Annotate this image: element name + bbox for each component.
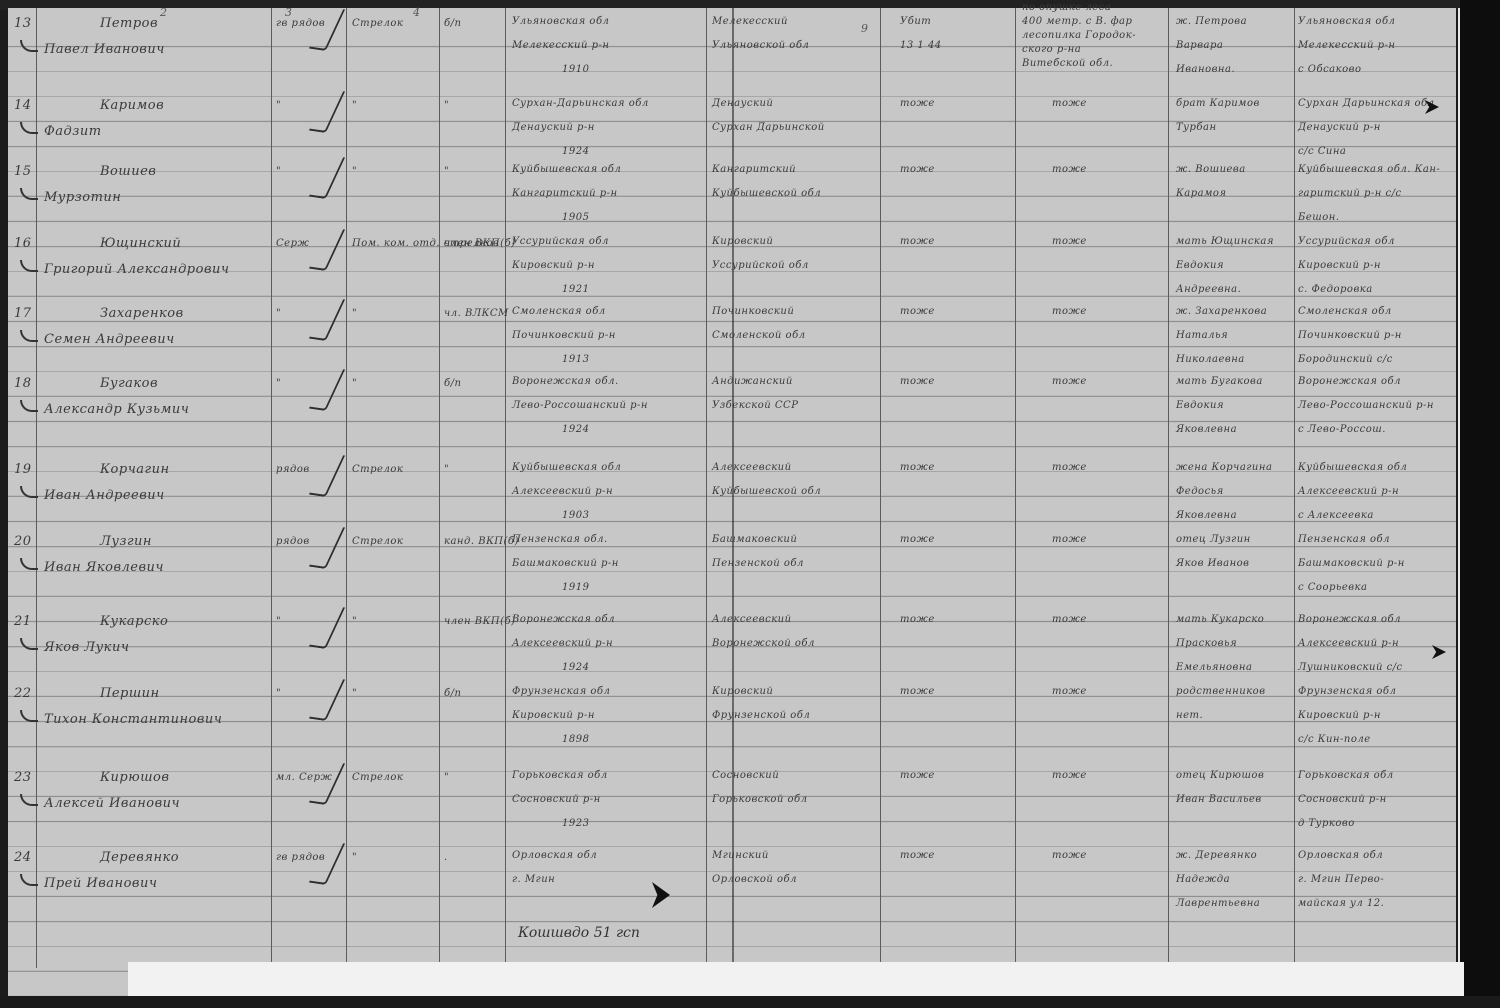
rank: " bbox=[276, 100, 281, 111]
given-name: Мурзотин bbox=[44, 190, 121, 205]
relative-address-line: Воронежская обл bbox=[1298, 376, 1401, 387]
relative-line: брат Каримов bbox=[1176, 98, 1260, 109]
given-name: Александр Кузьмич bbox=[44, 402, 189, 417]
row-number: 13 bbox=[14, 16, 32, 31]
birthplace-line: 1924 bbox=[562, 424, 589, 435]
rank: " bbox=[276, 378, 281, 389]
surname: Кирюшов bbox=[100, 770, 169, 785]
burial-place-line: Витебской обл. bbox=[1022, 58, 1113, 69]
party-status: член ВКП(б) bbox=[444, 616, 516, 627]
birthplace-line: Денауский р-н bbox=[512, 122, 595, 133]
burial-place-line: тоже bbox=[1052, 462, 1087, 473]
relative-line: Емельяновна bbox=[1176, 662, 1252, 673]
birthplace-line: 1923 bbox=[562, 818, 589, 829]
relative-address-line: Лево-Россошанский р-н bbox=[1298, 400, 1434, 411]
rank: " bbox=[276, 688, 281, 699]
relative-address-line: Бородинский с/с bbox=[1298, 354, 1393, 365]
paper-tape bbox=[128, 962, 1464, 1000]
rank: " bbox=[276, 616, 281, 627]
relative-address-line: Кировский р-н bbox=[1298, 260, 1381, 271]
surname: Петров bbox=[100, 16, 158, 31]
birthplace-line: Лево-Россошанский р-н bbox=[512, 400, 648, 411]
relative-address-line: с Соорьевка bbox=[1298, 582, 1368, 593]
relative-address-line: Куйбышевская обл bbox=[1298, 462, 1407, 473]
footer-note: Кошшвдо 51 гсп bbox=[518, 925, 640, 941]
birthplace-line: 1921 bbox=[562, 284, 589, 295]
burial-place-line: тоже bbox=[1052, 164, 1087, 175]
conscription-office-line: Кировский bbox=[712, 236, 773, 247]
row-number: 15 bbox=[14, 164, 32, 179]
row-number: 23 bbox=[14, 770, 32, 785]
relative-line: Николаевна bbox=[1176, 354, 1245, 365]
conscription-office-line: Алексеевский bbox=[712, 614, 792, 625]
party-status: " bbox=[444, 464, 449, 475]
birthplace-line: Воронежская обл bbox=[512, 614, 615, 625]
row-number: 18 bbox=[14, 376, 32, 391]
surname: Каримов bbox=[100, 98, 164, 113]
birthplace-line: 1903 bbox=[562, 510, 589, 521]
party-status: б/п bbox=[444, 378, 461, 389]
column-rule bbox=[1294, 8, 1295, 968]
relative-address-line: Куйбышевская обл. Кан- bbox=[1298, 164, 1440, 175]
relative-address-line: Смоленская обл bbox=[1298, 306, 1392, 317]
given-name: Алексей Иванович bbox=[44, 796, 180, 811]
birthplace-line: Кангаритский р-н bbox=[512, 188, 618, 199]
relative-line: Надежда bbox=[1176, 874, 1230, 885]
conscription-office-line: Орловской обл bbox=[712, 874, 797, 885]
position: " bbox=[352, 616, 357, 627]
column-rule bbox=[439, 8, 440, 968]
burial-place-line: тоже bbox=[1052, 770, 1087, 781]
relative-address-line: Алексеевский р-н bbox=[1298, 638, 1399, 649]
relative-address-line: с. Федоровка bbox=[1298, 284, 1373, 295]
given-name: Яков Лукич bbox=[44, 640, 129, 655]
relative-line: отец Лузгин bbox=[1176, 534, 1251, 545]
relative-address-line: Орловская обл bbox=[1298, 850, 1383, 861]
relative-address-line: с Обсаково bbox=[1298, 64, 1361, 75]
given-name: Иван Андреевич bbox=[44, 488, 165, 503]
column-rule bbox=[1168, 8, 1169, 968]
conscription-office-line: Узбекской ССР bbox=[712, 400, 798, 411]
relative-address-line: Сосновский р-н bbox=[1298, 794, 1387, 805]
column-rule bbox=[271, 8, 272, 968]
given-name: Тихон Константинович bbox=[44, 712, 222, 727]
relative-line: отец Кирюшов bbox=[1176, 770, 1264, 781]
relative-address-line: Ульяновская обл bbox=[1298, 16, 1395, 27]
conscription-office-line: Кангаритский bbox=[712, 164, 796, 175]
birthplace-line: Куйбышевская обл bbox=[512, 164, 621, 175]
position: Стрелок bbox=[352, 536, 403, 547]
conscription-office-line: Мгинский bbox=[712, 850, 769, 861]
conscription-office-line: Денауский bbox=[712, 98, 773, 109]
fate-line: тоже bbox=[900, 98, 935, 109]
relative-line: Ивановна. bbox=[1176, 64, 1235, 75]
birthplace-line: Кировский р-н bbox=[512, 260, 595, 271]
party-status: " bbox=[444, 100, 449, 111]
fate-line: 13 1 44 bbox=[900, 40, 942, 51]
row-number: 21 bbox=[14, 614, 32, 629]
fate-line: Убит bbox=[900, 16, 931, 27]
conscription-office-line: Алексеевский bbox=[712, 462, 792, 473]
relative-line: ж. Петрова bbox=[1176, 16, 1247, 27]
birthplace-line: 1898 bbox=[562, 734, 589, 745]
birthplace-line: 1924 bbox=[562, 146, 589, 157]
party-status: канд. ВКП(б) bbox=[444, 536, 519, 547]
burial-place-line: тоже bbox=[1052, 376, 1087, 387]
birthplace-line: 1905 bbox=[562, 212, 589, 223]
birthplace-line: Алексеевский р-н bbox=[512, 486, 613, 497]
fate-line: тоже bbox=[900, 534, 935, 545]
party-status: чл. ВЛКСМ bbox=[444, 308, 509, 319]
burial-place-line: тоже bbox=[1052, 850, 1087, 861]
party-status: член ВКП(б) bbox=[444, 238, 516, 249]
burial-place-line: тоже bbox=[1052, 236, 1087, 247]
rank: рядов bbox=[276, 464, 310, 475]
column-number: 9 bbox=[861, 22, 868, 35]
fate-line: тоже bbox=[900, 614, 935, 625]
relative-line: родственников bbox=[1176, 686, 1266, 697]
position: " bbox=[352, 100, 357, 111]
given-name: Прей Иванович bbox=[44, 876, 157, 891]
position: " bbox=[352, 308, 357, 319]
relative-address-line: д Турково bbox=[1298, 818, 1355, 829]
relative-line: мать Ющинская bbox=[1176, 236, 1274, 247]
relative-line: ж. Деревянко bbox=[1176, 850, 1257, 861]
conscription-office-line: Ульяновской обл bbox=[712, 40, 809, 51]
birthplace-line: Алексеевский р-н bbox=[512, 638, 613, 649]
conscription-office-line: Горьковской обл bbox=[712, 794, 808, 805]
burial-place-line: тоже bbox=[1052, 534, 1087, 545]
birthplace-line: 1924 bbox=[562, 662, 589, 673]
relative-line: Андреевна. bbox=[1176, 284, 1241, 295]
party-status: б/п bbox=[444, 688, 461, 699]
party-status: . bbox=[444, 852, 448, 863]
column-number: 2 bbox=[160, 6, 167, 19]
column-rule bbox=[1015, 8, 1016, 968]
relative-address-line: с Алексеевка bbox=[1298, 510, 1374, 521]
birthplace-line: Куйбышевская обл bbox=[512, 462, 621, 473]
scan-bottom-edge bbox=[0, 996, 1500, 1008]
birthplace-line: Ульяновская обл bbox=[512, 16, 609, 27]
birthplace-line: Пензенская обл. bbox=[512, 534, 608, 545]
relative-line: Иван Васильев bbox=[1176, 794, 1262, 805]
birthplace-line: Починковский р-н bbox=[512, 330, 616, 341]
relative-address-line: с/с Кин-поле bbox=[1298, 734, 1371, 745]
fate-line: тоже bbox=[900, 462, 935, 473]
relative-address-line: с/с Сина bbox=[1298, 146, 1346, 157]
birthplace-line: Воронежская обл. bbox=[512, 376, 619, 387]
conscription-office-line: Фрунзенской обл bbox=[712, 710, 810, 721]
rank: Серж bbox=[276, 238, 309, 249]
column-number: 4 bbox=[413, 6, 420, 19]
conscription-office-line: Мелекесский bbox=[712, 16, 788, 27]
surname: Бугаков bbox=[100, 376, 158, 391]
column-rule bbox=[505, 8, 506, 968]
column-rule bbox=[706, 8, 707, 968]
given-name: Фадзит bbox=[44, 124, 102, 139]
position: " bbox=[352, 852, 357, 863]
birthplace-line: Кировский р-н bbox=[512, 710, 595, 721]
birthplace-line: 1910 bbox=[562, 64, 589, 75]
conscription-office-line: Смоленской обл bbox=[712, 330, 806, 341]
fate-line: тоже bbox=[900, 376, 935, 387]
birthplace-line: Фрунзенская обл bbox=[512, 686, 610, 697]
fate-line: тоже bbox=[900, 236, 935, 247]
relative-address-line: Сурхан Дарьинская обл bbox=[1298, 98, 1435, 109]
relative-line: Федосья bbox=[1176, 486, 1224, 497]
relative-address-line: Кировский р-н bbox=[1298, 710, 1381, 721]
row-number: 16 bbox=[14, 236, 32, 251]
relative-line: Карамоя bbox=[1176, 188, 1227, 199]
relative-address-line: Денауский р-н bbox=[1298, 122, 1381, 133]
relative-address-line: г. Мгин Перво- bbox=[1298, 874, 1384, 885]
position: " bbox=[352, 688, 357, 699]
fate-line: тоже bbox=[900, 306, 935, 317]
row-number: 17 bbox=[14, 306, 32, 321]
relative-address-line: Фрунзенская обл bbox=[1298, 686, 1396, 697]
surname: Кукарско bbox=[100, 614, 168, 629]
relative-line: нет. bbox=[1176, 710, 1203, 721]
birthplace-line: Сосновский р-н bbox=[512, 794, 601, 805]
column-rule bbox=[880, 8, 881, 968]
surname: Ющинский bbox=[100, 236, 181, 251]
relative-line: мать Кукарско bbox=[1176, 614, 1264, 625]
fate-line: тоже bbox=[900, 850, 935, 861]
given-name: Семен Андреевич bbox=[44, 332, 175, 347]
position: " bbox=[352, 166, 357, 177]
surname: Захаренков bbox=[100, 306, 184, 321]
position: Стрелок bbox=[352, 464, 403, 475]
relative-line: Евдокия bbox=[1176, 400, 1224, 411]
fate-line: тоже bbox=[900, 164, 935, 175]
birthplace-line: г. Мгин bbox=[512, 874, 555, 885]
relative-address-line: гаритский р-н с/с bbox=[1298, 188, 1402, 199]
relative-address-line: Горьковская обл bbox=[1298, 770, 1394, 781]
relative-address-line: Башмаковский р-н bbox=[1298, 558, 1405, 569]
position: Стрелок bbox=[352, 18, 403, 29]
conscription-office-line: Пензенской обл bbox=[712, 558, 804, 569]
rank: рядов bbox=[276, 536, 310, 547]
conscription-office-line: Башмаковский bbox=[712, 534, 797, 545]
birthplace-line: Мелекесский р-н bbox=[512, 40, 609, 51]
rank: " bbox=[276, 308, 281, 319]
relative-address-line: с Лево-Россош. bbox=[1298, 424, 1386, 435]
relative-address-line: Пензенская обл bbox=[1298, 534, 1390, 545]
given-name: Павел Иванович bbox=[44, 42, 165, 57]
burial-place-line: ского р-на bbox=[1022, 44, 1081, 55]
party-status: " bbox=[444, 166, 449, 177]
burial-place-line: 400 метр. с В. фар bbox=[1022, 16, 1132, 27]
relative-address-line: Воронежская обл bbox=[1298, 614, 1401, 625]
position: Стрелок bbox=[352, 772, 403, 783]
row-number: 14 bbox=[14, 98, 32, 113]
fate-line: тоже bbox=[900, 770, 935, 781]
relative-line: Яковлевна bbox=[1176, 510, 1237, 521]
relative-line: Прасковья bbox=[1176, 638, 1237, 649]
row-number: 24 bbox=[14, 850, 32, 865]
row-number: 22 bbox=[14, 686, 32, 701]
burial-place-line: тоже bbox=[1052, 614, 1087, 625]
surname: Деревянко bbox=[100, 850, 179, 865]
surname: Лузгин bbox=[100, 534, 152, 549]
birthplace-line: Смоленская обл bbox=[512, 306, 606, 317]
row-number: 19 bbox=[14, 462, 32, 477]
given-name: Иван Яковлевич bbox=[44, 560, 164, 575]
relative-address-line: Уссурийская обл bbox=[1298, 236, 1395, 247]
burial-place-line: тоже bbox=[1052, 686, 1087, 697]
conscription-office-line: Сурхан Дарьинской bbox=[712, 122, 825, 133]
conscription-office-line: Андижанский bbox=[712, 376, 793, 387]
relative-line: Наталья bbox=[1176, 330, 1228, 341]
birthplace-line: Сурхан-Дарьинская обл bbox=[512, 98, 649, 109]
birthplace-line: Башмаковский р-н bbox=[512, 558, 619, 569]
burial-place-line: по опушке леса bbox=[1022, 2, 1111, 13]
conscription-office-line: Кировский bbox=[712, 686, 773, 697]
conscription-office-line: Куйбышевской обл bbox=[712, 188, 821, 199]
conscription-office-line: Куйбышевской обл bbox=[712, 486, 821, 497]
conscription-office-line: Уссурийской обл bbox=[712, 260, 809, 271]
relative-line: ж. Захаренкова bbox=[1176, 306, 1267, 317]
position: " bbox=[352, 378, 357, 389]
relative-address-line: Починковский р-н bbox=[1298, 330, 1402, 341]
party-status: " bbox=[444, 772, 449, 783]
birthplace-line: 1919 bbox=[562, 582, 589, 593]
conscription-office-line: Сосновский bbox=[712, 770, 779, 781]
relative-line: Яковлевна bbox=[1176, 424, 1237, 435]
row-number: 20 bbox=[14, 534, 32, 549]
relative-address-line: Мелекесский р-н bbox=[1298, 40, 1395, 51]
relative-line: ж. Вошиева bbox=[1176, 164, 1246, 175]
birthplace-line: Уссурийская обл bbox=[512, 236, 609, 247]
surname: Першин bbox=[100, 686, 160, 701]
surname: Вошиев bbox=[100, 164, 156, 179]
relative-address-line: Лушниковский с/с bbox=[1298, 662, 1403, 673]
burial-place-line: тоже bbox=[1052, 306, 1087, 317]
relative-address-line: Алексеевский р-н bbox=[1298, 486, 1399, 497]
given-name: Григорий Александрович bbox=[44, 262, 229, 277]
relative-line: Евдокия bbox=[1176, 260, 1224, 271]
surname: Корчагин bbox=[100, 462, 170, 477]
conscription-office-line: Воронежской обл bbox=[712, 638, 815, 649]
birthplace-line: Горьковская обл bbox=[512, 770, 608, 781]
birthplace-line: Орловская обл bbox=[512, 850, 597, 861]
fate-line: тоже bbox=[900, 686, 935, 697]
relative-line: Турбан bbox=[1176, 122, 1217, 133]
relative-line: Лаврентьевна bbox=[1176, 898, 1260, 909]
conscription-office-line: Починковский bbox=[712, 306, 794, 317]
scan-background bbox=[1460, 0, 1500, 1008]
relative-address-line: Бешон. bbox=[1298, 212, 1340, 223]
burial-place-line: тоже bbox=[1052, 98, 1087, 109]
relative-line: Яков Иванов bbox=[1176, 558, 1250, 569]
burial-place-line: лесопилка Городок- bbox=[1022, 30, 1136, 41]
relative-line: мать Бугакова bbox=[1176, 376, 1263, 387]
relative-line: жена Корчагина bbox=[1176, 462, 1272, 473]
party-status: б/п bbox=[444, 18, 461, 29]
birthplace-line: 1913 bbox=[562, 354, 589, 365]
rank: " bbox=[276, 166, 281, 177]
column-rule bbox=[346, 8, 347, 968]
relative-line: Варвара bbox=[1176, 40, 1223, 51]
relative-address-line: майская ул 12. bbox=[1298, 898, 1384, 909]
